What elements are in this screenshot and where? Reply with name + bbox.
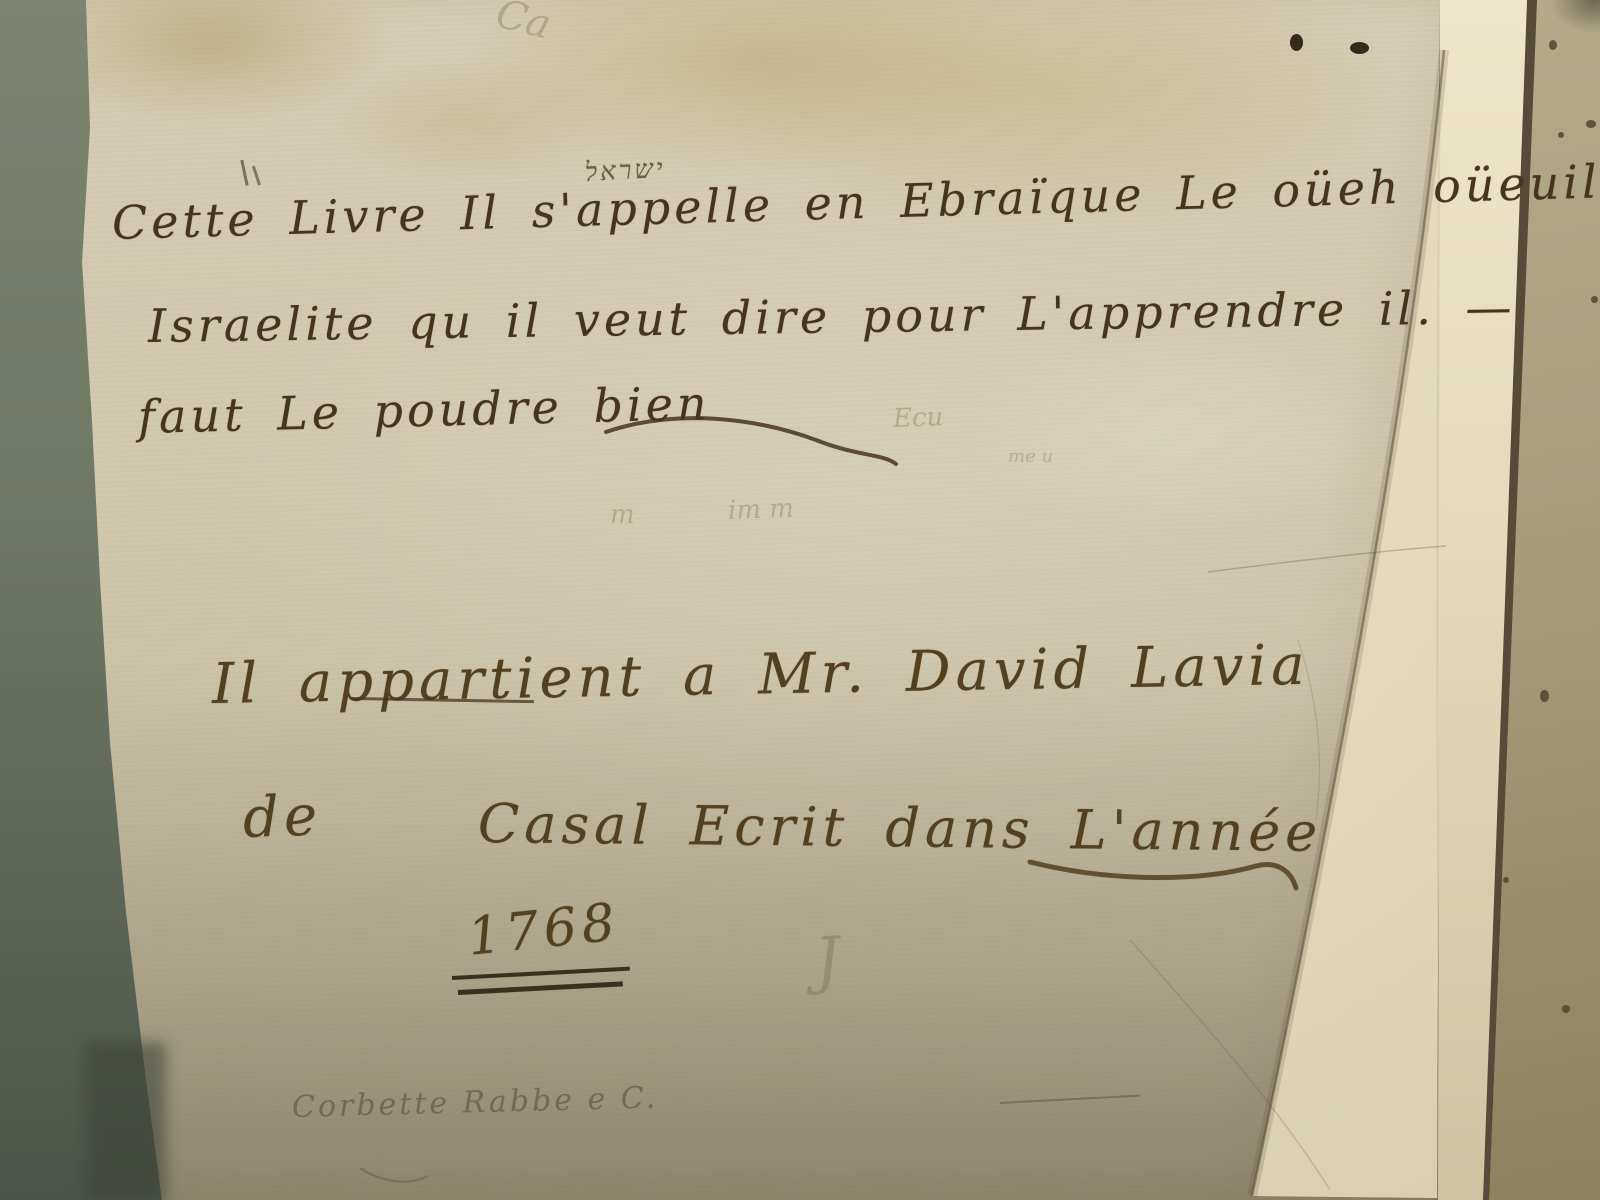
faint-j-mark: J [812,922,842,997]
ink-spot [1350,42,1369,54]
ownership-line-2-prefix: de [242,783,323,851]
speck [1558,132,1564,138]
speck [1591,296,1598,303]
ghost-mark: Ecu [892,402,943,434]
ink-spot [1290,34,1303,51]
speck [1586,120,1596,128]
ghost-mark: me u [1008,446,1053,467]
speck [1562,1005,1570,1013]
manuscript-photo: Ca ישראל Cette Livre Il s'appelle en Ebr… [0,0,1600,1200]
ghost-mark: m [610,500,635,530]
bottom-left-shadow [86,1042,166,1200]
ownership-line-2: Casal Ecrit dans L'année [478,792,1323,864]
adjacent-page-dark-corner [1530,0,1600,60]
speck [1549,40,1557,50]
speck [1503,877,1509,883]
speck [1540,690,1549,702]
ghost-mark: im m [727,494,794,526]
